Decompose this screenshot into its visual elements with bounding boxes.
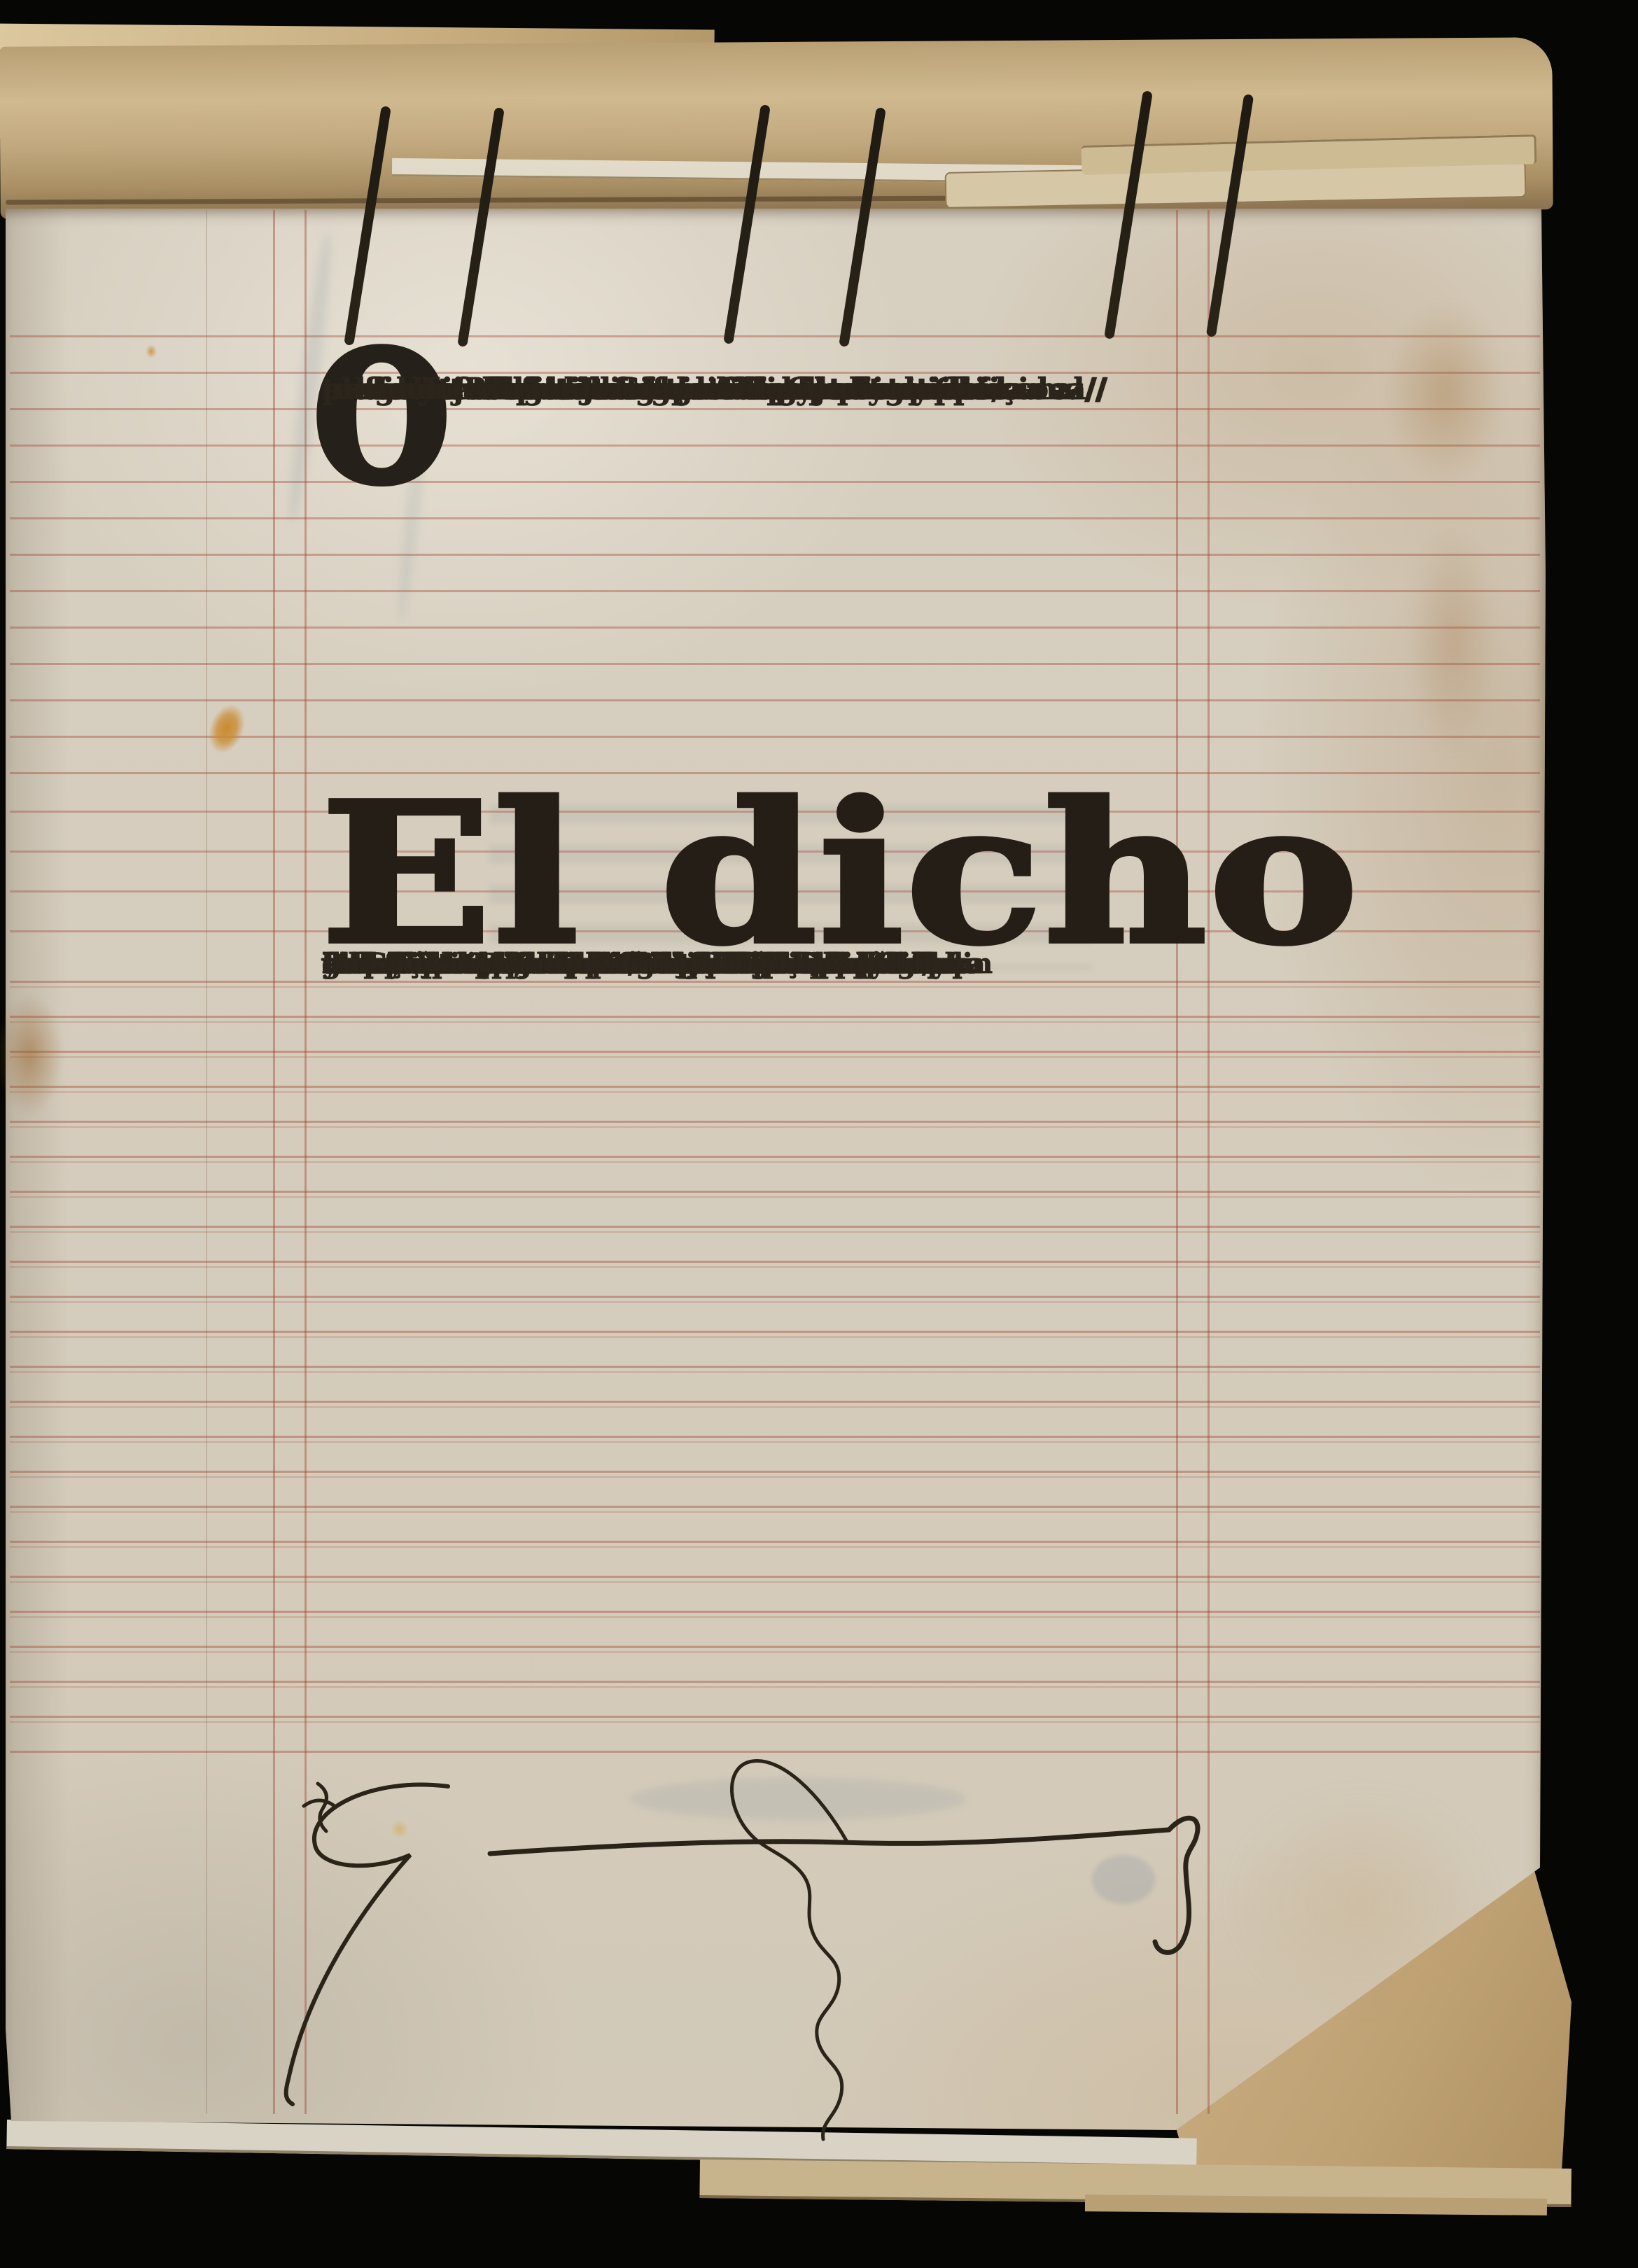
margin-crease-line <box>206 210 207 2114</box>
flourish-rule-line <box>490 1830 1169 1854</box>
flourish-loop-chain <box>731 1761 847 2139</box>
manuscript-line: puſo eſte dicho teſtigo en ſu dho y depu… <box>322 371 1049 407</box>
flourish-end-hook <box>1155 1818 1198 1952</box>
manuscript-line: Lueches e avia que falleſçiera mas de di… <box>322 946 966 981</box>
flourish-curl <box>286 1785 448 2104</box>
manuscript-photograph: O troſi dixo eſte teſtigo que quebiera a… <box>0 0 1638 2268</box>
drop-cap-initial: O <box>314 329 449 507</box>
line-filler-flourish <box>266 1750 1386 2212</box>
section-heading: El dicho <box>321 777 1360 970</box>
